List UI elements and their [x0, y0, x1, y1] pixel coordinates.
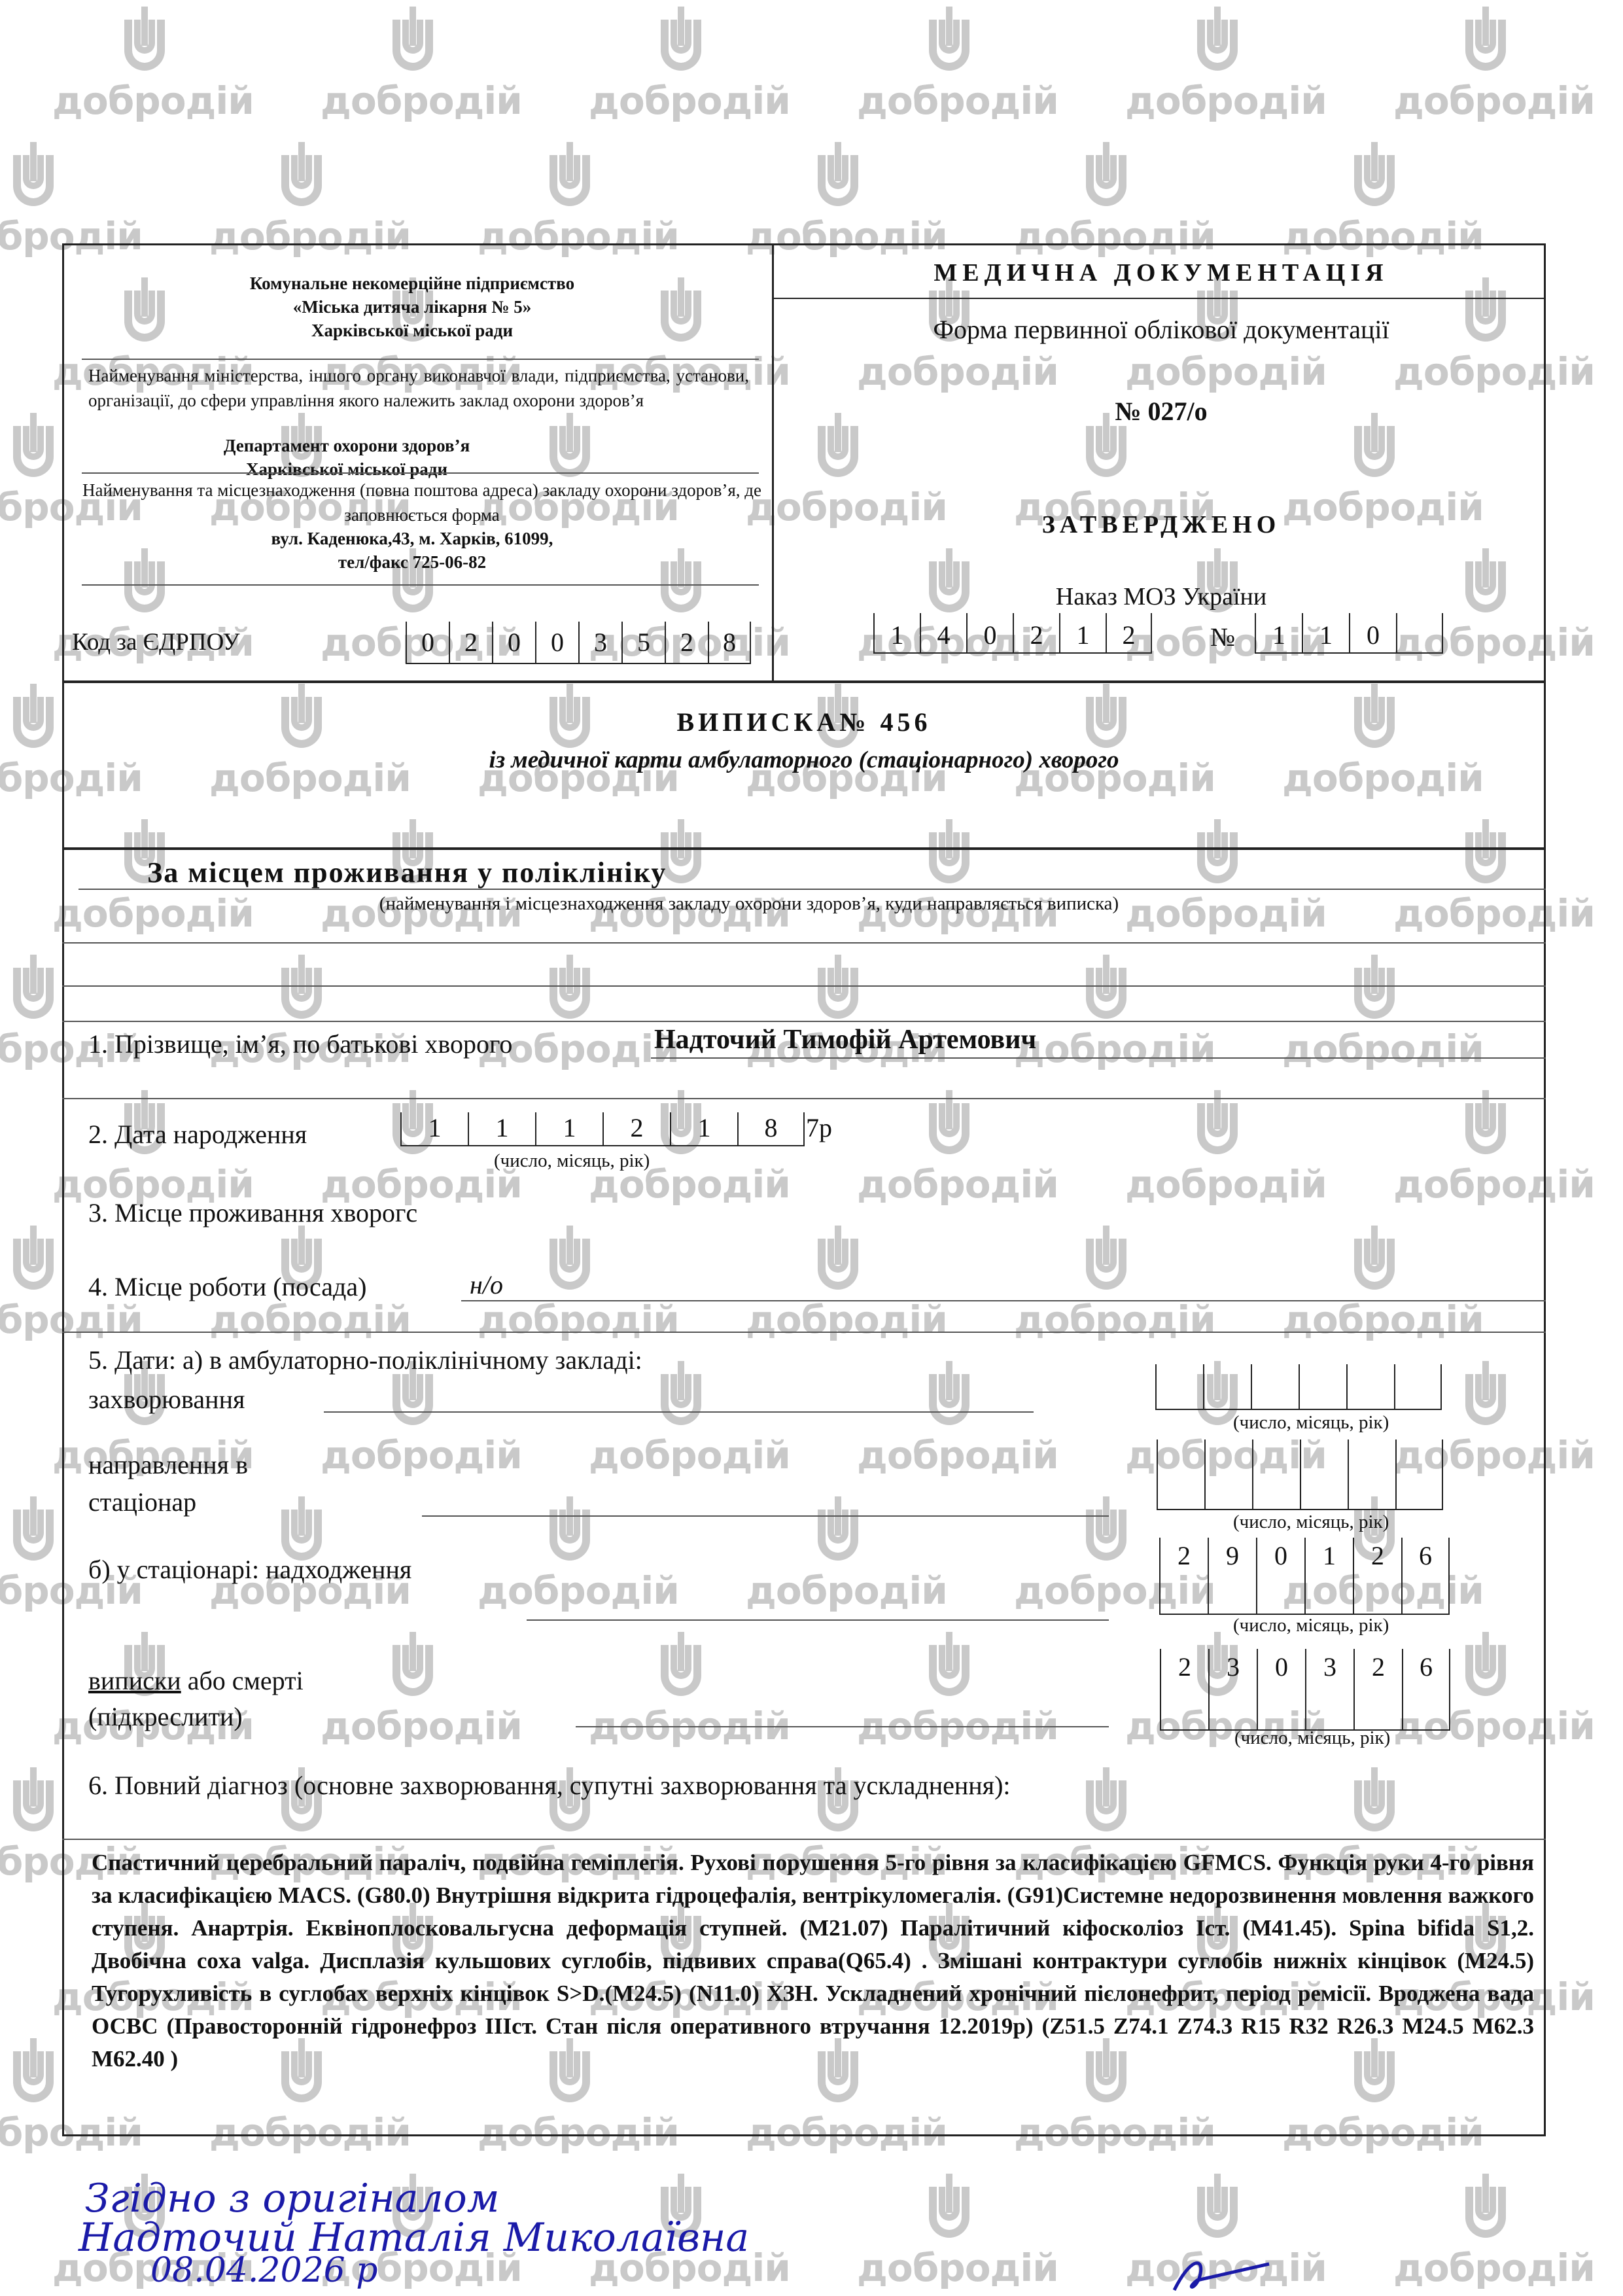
admission-date-cells[interactable]: 290126 [1159, 1538, 1450, 1615]
edrpou-label: Код за ЄДРПОУ [72, 628, 239, 656]
digit-cell: 2 [1353, 1649, 1402, 1731]
section-rule [62, 1332, 1546, 1333]
illness-date-caption: (число, місяць, рік) [1233, 1412, 1389, 1434]
digit-cell [1348, 1439, 1395, 1510]
dobrodiy-logo-icon [1197, 2174, 1243, 2239]
digit-cell: 3 [1208, 1649, 1257, 1731]
digit-cell: 0 [492, 622, 535, 664]
dob-suffix: 7р [806, 1112, 832, 1144]
digit-cell [1157, 1439, 1204, 1510]
dobrodiy-logo-icon [929, 2174, 975, 2239]
digit-cell: 2 [449, 622, 492, 664]
digit-cell: 2 [1013, 613, 1059, 654]
diagnosis-rule [62, 1839, 1546, 1840]
dobrodiy-logo-icon [281, 142, 327, 207]
order-number-sign: № [1210, 622, 1235, 652]
org-line: Комунальне некомерційне підприємство [85, 272, 739, 295]
digit-cell: 4 [920, 613, 966, 654]
ministry-caption: Найменування міністерства, іншого органу… [88, 363, 749, 413]
digit-cell: 2 [1106, 613, 1152, 654]
digit-cell [1204, 1439, 1252, 1510]
dobrodiy-logo-icon [818, 142, 864, 207]
residence-label: 3. Місце проживання хворогс [88, 1197, 417, 1229]
digit-cell: 0 [966, 613, 1013, 654]
digit-cell: 2 [1159, 1538, 1208, 1615]
destination-caption: (найменування і місцезнаходження закладу… [62, 893, 1436, 915]
digit-cell: 2 [665, 622, 708, 664]
work-value[interactable]: н/о [470, 1269, 503, 1300]
illness-rule [324, 1411, 1034, 1413]
referral-label-2: стаціонар [88, 1487, 196, 1518]
digit-cell [1299, 1364, 1346, 1410]
org-rule [82, 359, 759, 360]
header-divider [772, 243, 774, 682]
blank-rule [62, 985, 1546, 987]
digit-cell [1252, 1439, 1300, 1510]
handwritten-date: 08.04.2026 р [150, 2251, 378, 2290]
digit-cell [1251, 1364, 1299, 1410]
digit-cell: 2 [602, 1112, 670, 1146]
dobrodiy-logo-icon [1354, 142, 1400, 207]
extract-title: ВИПИСКА№ 456 [62, 707, 1546, 737]
watermark-text: добродій [52, 79, 254, 123]
digit-cell: 1 [1059, 613, 1106, 654]
blank-rule [62, 942, 1546, 944]
digit-cell: 0 [1256, 1538, 1304, 1615]
digit-cell [1155, 1364, 1203, 1410]
discharge-date-caption: (число, місяць, рік) [1234, 1727, 1390, 1749]
diagnosis-label: 6. Повний діагноз (основне захворювання,… [88, 1770, 1011, 1801]
order-number: 110 [1255, 613, 1443, 654]
dobrodiy-logo-icon [1465, 7, 1511, 72]
dobrodiy-logo-icon [13, 955, 59, 1020]
address-line: вул. Каденюка,43, м. Харків, 61099, [85, 527, 739, 550]
form-caption: Форма первинної облікової документації [778, 314, 1544, 345]
referral-date-cells[interactable] [1157, 1439, 1443, 1510]
watermark-text: добродій [321, 79, 522, 123]
digit-cell: 1 [1304, 1538, 1353, 1615]
dobrodiy-logo-icon [13, 142, 59, 207]
dobrodiy-logo-icon [1197, 7, 1243, 72]
referral-date-caption: (число, місяць, рік) [1233, 1511, 1389, 1533]
org-line: Харківської міської ради [85, 319, 739, 342]
digit-cell: 1 [873, 613, 920, 654]
name-rule [651, 1057, 1546, 1059]
address-rule [82, 584, 759, 586]
signature-icon [1171, 2251, 1276, 2296]
digit-cell: 1 [535, 1112, 602, 1146]
dobrodiy-logo-icon [13, 1496, 59, 1562]
department-rule [82, 472, 759, 474]
digit-cell: 1 [468, 1112, 535, 1146]
watermark-text: добродій [589, 79, 790, 123]
digit-cell: 8 [737, 1112, 805, 1146]
digit-cell: 0 [1349, 613, 1396, 654]
watermark-text: добродій [1125, 79, 1327, 123]
admission-label: б) у стаціонарі: надходження [88, 1554, 411, 1585]
order-label: Наказ МОЗ України [778, 582, 1544, 611]
digit-cell: 2 [1160, 1649, 1208, 1731]
discharge-underlined: виписки [88, 1666, 181, 1695]
department-name: Департамент охорони здоров’я Харківської… [85, 434, 608, 481]
digit-cell: 1 [400, 1112, 468, 1146]
watermark-text: добродій [1393, 79, 1595, 123]
digit-cell [1346, 1364, 1394, 1410]
discharge-label-rest: або смерті [181, 1666, 304, 1695]
section-rule [62, 1098, 1546, 1099]
address-caption: Найменування та місцезнаходження (повна … [82, 478, 762, 527]
watermark-text: добродій [857, 2246, 1058, 2290]
extract-rule [62, 847, 1546, 850]
patient-name-label: 1. Прізвище, ім’я, по батькові хворого [88, 1029, 512, 1060]
address: вул. Каденюка,43, м. Харків, 61099, тел/… [85, 527, 739, 574]
digit-cell: 0 [535, 622, 578, 664]
org-line: «Міська дитяча лікарня № 5» [85, 295, 739, 319]
digit-cell: 3 [1305, 1649, 1353, 1731]
discharge-rule [576, 1726, 1109, 1727]
referral-label: направлення в [88, 1449, 248, 1481]
watermark-text: добродій [1393, 2246, 1595, 2290]
dob-cells[interactable]: 111218 [400, 1112, 805, 1146]
digit-cell: 1 [1302, 613, 1349, 654]
edrpou-code: 02003528 [406, 622, 751, 664]
digit-cell: 9 [1208, 1538, 1256, 1615]
digit-cell: 3 [578, 622, 621, 664]
digit-cell: 0 [406, 622, 449, 664]
dates-label: 5. Дати: а) в амбулаторно-поліклінічному… [88, 1345, 642, 1376]
blank-rule [62, 1021, 1546, 1022]
digit-cell: 1 [1255, 613, 1302, 654]
discharge-label: виписки або смерті [88, 1665, 304, 1697]
digit-cell: 8 [708, 622, 751, 664]
dob-label: 2. Дата народження [88, 1119, 307, 1150]
dobrodiy-logo-icon [1465, 2174, 1511, 2239]
dobrodiy-logo-icon [929, 7, 975, 72]
dobrodiy-logo-icon [13, 2038, 59, 2104]
dobrodiy-logo-icon [124, 7, 170, 72]
dob-caption: (число, місяць, рік) [494, 1150, 650, 1172]
header-bottom-rule [62, 680, 1546, 683]
digit-cell [1396, 613, 1443, 654]
dobrodiy-logo-icon [13, 1226, 59, 1291]
dobrodiy-logo-icon [1086, 142, 1132, 207]
illness-date-cells[interactable] [1155, 1364, 1442, 1410]
digit-cell: 6 [1402, 1649, 1450, 1731]
discharge-date-cells[interactable]: 230326 [1160, 1649, 1450, 1731]
dobrodiy-logo-icon [13, 1767, 59, 1833]
digit-cell: 2 [1353, 1538, 1401, 1615]
patient-name-value[interactable]: Надточий Тимофій Артемович [654, 1024, 1036, 1055]
order-date: 140212 [873, 613, 1152, 654]
dobrodiy-logo-icon [661, 7, 707, 72]
admission-rule [527, 1619, 1109, 1621]
referral-rule [422, 1515, 1109, 1517]
dobrodiy-logo-icon [13, 413, 59, 478]
department-line: Департамент охорони здоров’я [85, 434, 608, 457]
digit-cell [1394, 1364, 1442, 1410]
destination-rule [79, 889, 1546, 890]
approved-label: ЗАТВЕРДЖЕНО [778, 510, 1544, 539]
admission-date-caption: (число, місяць, рік) [1233, 1615, 1389, 1636]
digit-cell: 1 [670, 1112, 737, 1146]
form-number: № 027/о [778, 396, 1544, 427]
dobrodiy-logo-icon [393, 7, 438, 72]
work-rule [461, 1300, 1546, 1301]
digit-cell [1300, 1439, 1348, 1510]
address-line: тел/факс 725-06-82 [85, 550, 739, 574]
document-type-title: МЕДИЧНА ДОКУМЕНТАЦІЯ [778, 258, 1544, 287]
extract-subtitle: із медичної карти амбулаторного (стаціон… [62, 746, 1546, 774]
title-rule [774, 298, 1546, 299]
digit-cell [1395, 1439, 1443, 1510]
illness-label: захворювання [88, 1384, 245, 1415]
digit-cell [1203, 1364, 1251, 1410]
diagnosis-text[interactable]: Спастичний церебральний параліч, подвійн… [92, 1846, 1534, 2075]
digit-cell: 0 [1257, 1649, 1305, 1731]
destination-value: За місцем проживання у поліклініку [147, 856, 667, 889]
dobrodiy-logo-icon [550, 142, 595, 207]
org-name: Комунальне некомерційне підприємство «Мі… [85, 272, 739, 342]
watermark-text: добродій [857, 79, 1058, 123]
work-label: 4. Місце роботи (посада) [88, 1271, 366, 1303]
discharge-label-2: (підкреслити) [88, 1701, 243, 1733]
digit-cell: 5 [621, 622, 665, 664]
digit-cell: 6 [1401, 1538, 1450, 1615]
dobrodiy-logo-icon [13, 684, 59, 749]
